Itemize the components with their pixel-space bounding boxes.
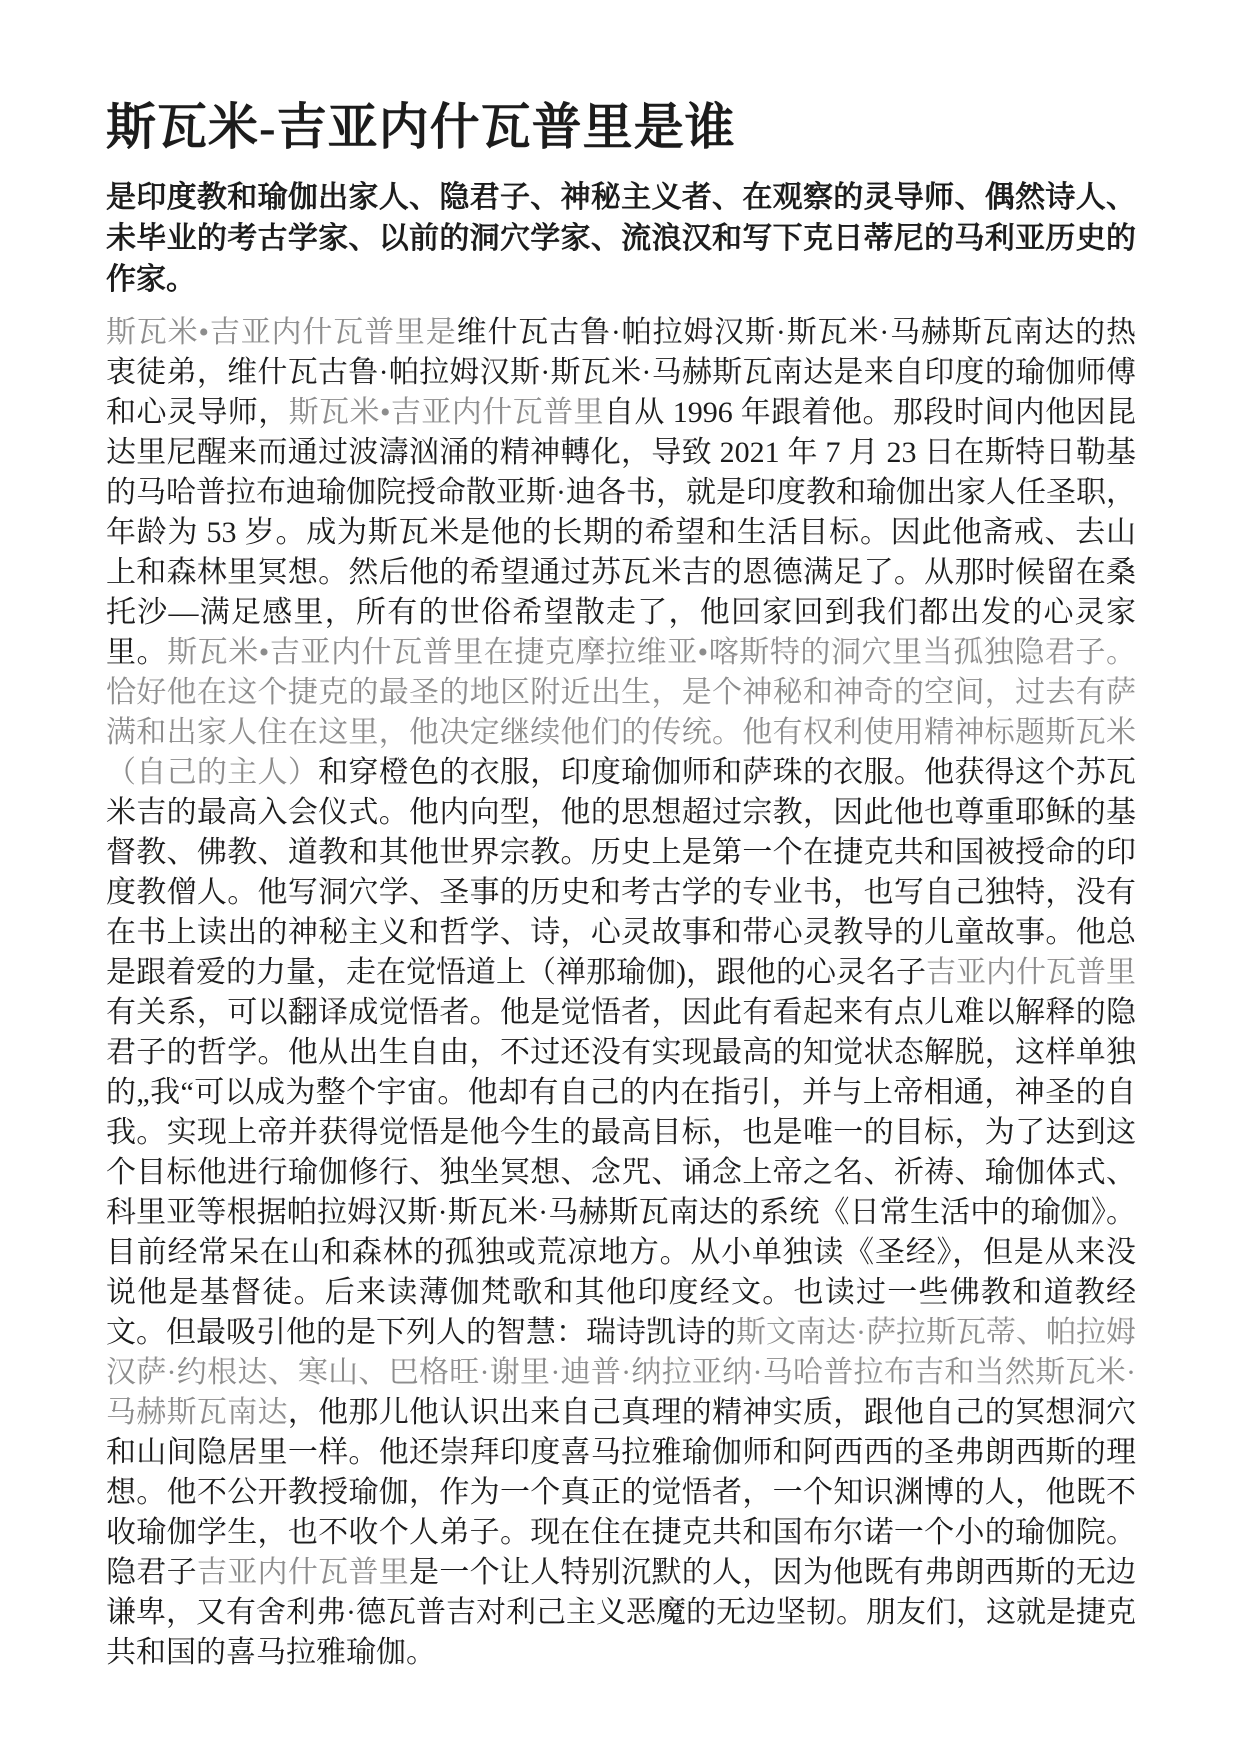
body-text: 有关系，可以翻译成觉悟者。他是觉悟者，因此有看起来有点儿难以解释的隐君子的哲学。… [106,996,1136,1349]
article-body: 斯瓦米•吉亚内什瓦普里是维什瓦古鲁·帕拉姆汉斯·斯瓦米·马赫斯瓦南达的热衷徒弟，… [106,313,1136,1673]
document-page: 斯瓦米-吉亚内什瓦普里是谁 是印度教和瑜伽出家人、隐君子、神秘主义者、在观察的灵… [0,0,1240,1754]
muted-name-text: 斯瓦米•吉亚内什瓦普里 [289,396,604,429]
body-text: 自从 1996 年跟着他。那段时间内他因昆达里尼醒来而通过波濤汹涌的精神轉化，导… [106,396,1136,669]
page-subtitle: 是印度教和瑜伽出家人、隐君子、神秘主义者、在观察的灵导师、偶然诗人、未毕业的考古… [106,177,1136,300]
body-text: 和穿橙色的衣服，印度瑜伽师和萨珠的衣服。他获得这个苏瓦米吉的最高入会仪式。他内向… [106,756,1136,989]
page-title: 斯瓦米-吉亚内什瓦普里是谁 [106,98,1136,156]
muted-name-text: 吉亚内什瓦普里 [926,956,1136,989]
muted-name-text: 吉亚内什瓦普里 [197,1556,409,1589]
muted-name-text: 斯瓦米•吉亚内什瓦普里是 [106,316,457,349]
